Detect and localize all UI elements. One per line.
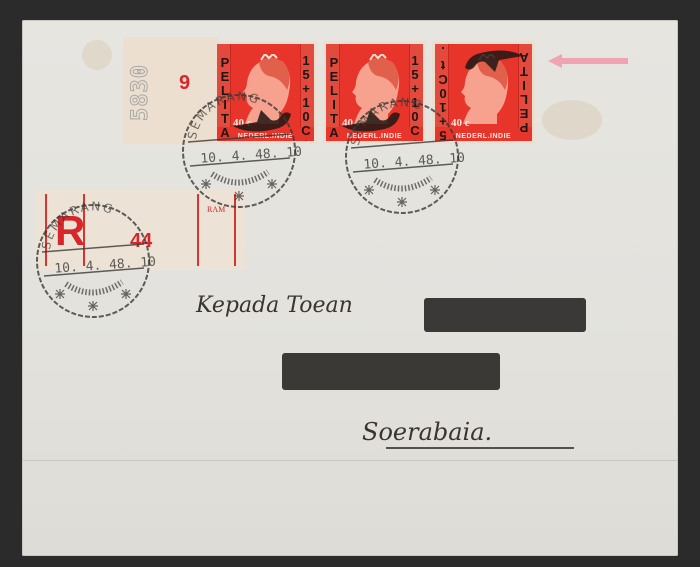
overprint-value: 15+10Ct.	[299, 54, 313, 141]
overprint-word: PELITA	[219, 56, 231, 140]
address-salutation: Kepada Toean	[196, 293, 353, 318]
registration-letter: R	[55, 207, 85, 255]
plate-number: 9	[179, 72, 190, 95]
boat-overprint-icon	[340, 106, 402, 136]
city-underline	[386, 447, 574, 449]
pointer-arrow-icon	[548, 53, 628, 69]
overprint-value: 15+10Ct.	[436, 44, 450, 141]
overprint-word: PELITA	[328, 56, 340, 140]
registration-label: R 44 RAM	[35, 190, 245, 270]
boat-overprint-icon	[231, 106, 293, 136]
envelope-fold	[22, 460, 678, 461]
address-city: Soerabaia.	[362, 418, 492, 446]
sheet-number: 5830	[128, 45, 154, 140]
stamp-1: 40 c NEDERL.INDIE PELITA 15+10Ct.	[214, 41, 317, 144]
stamp-2: 40 c NEDERL.INDIE PELITA 15+10Ct.	[323, 41, 426, 144]
overprint-value: 15+10Ct.	[408, 54, 422, 141]
face-value: 40 c	[451, 117, 470, 129]
redacted-name	[424, 298, 586, 332]
sheet-selvage: 5830 9	[123, 37, 218, 144]
redacted-street	[282, 353, 500, 390]
registration-number: 44	[130, 230, 152, 253]
stamp-3-inverted-overprint: 40 c NEDERL.INDIE PELITA 15+10Ct.	[432, 41, 535, 144]
boat-overprint-icon	[463, 46, 525, 76]
registration-office: RAM	[207, 205, 225, 214]
